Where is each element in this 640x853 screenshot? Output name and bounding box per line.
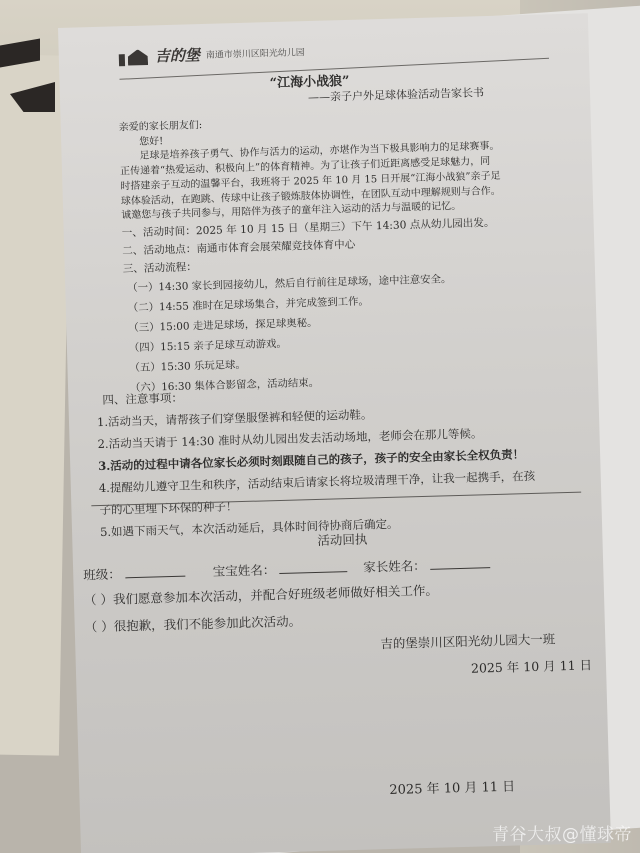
letter-body: 亲爱的家长朋友们: 您好! 足球是培养孩子勇气、协作与活力的运动，亦堪作为当下极… bbox=[119, 109, 577, 398]
notice-letter: 吉的堡 南通市崇川区阳光幼儿园 “江海小战狼” ——亲子户外足球体验活动告家长书… bbox=[58, 13, 611, 853]
parent-name-label: 家长姓名： bbox=[363, 558, 426, 575]
notes-section: 四、注意事项： 1.活动当天，请帮孩子们穿堡服堡裤和轻便的运动鞋。 2.活动当天… bbox=[96, 376, 580, 543]
brand-logo: 吉的堡 bbox=[155, 44, 201, 66]
parent-name-field[interactable]: 家长姓名： bbox=[363, 554, 490, 576]
letterhead: 吉的堡 南通市崇川区阳光幼儿园 bbox=[119, 41, 306, 67]
parent-name-blank[interactable] bbox=[430, 567, 490, 570]
option-attend[interactable]: （ ）我们愿意参加本次活动，并配合好班级老师做好相关工作。 bbox=[84, 581, 438, 609]
signature: 吉的堡崇川区阳光幼儿园大一班 bbox=[380, 629, 555, 652]
receipt-title: 活动回执 bbox=[317, 530, 367, 549]
baby-name-field[interactable]: 宝宝姓名： bbox=[212, 558, 347, 580]
watermark: 青谷大叔@懂球帝 bbox=[492, 820, 632, 845]
class-label: 班级： bbox=[83, 566, 121, 582]
house-logo-icon bbox=[119, 47, 149, 66]
baby-name-label: 宝宝姓名： bbox=[213, 562, 276, 579]
receipt-date: 2025 年 10 月 11 日 bbox=[471, 655, 592, 676]
baby-name-blank[interactable] bbox=[279, 571, 347, 574]
school-name: 南通市崇川区阳光幼儿园 bbox=[206, 45, 305, 61]
option-decline[interactable]: （ ）很抱歉，我们不能参加此次活动。 bbox=[84, 611, 301, 635]
underlying-paper bbox=[0, 54, 71, 755]
bottom-date: 2025 年 10 月 11 日 bbox=[389, 776, 515, 799]
class-blank[interactable] bbox=[125, 576, 185, 579]
receipt-fields: 班级： 宝宝姓名： 家长姓名： bbox=[83, 554, 490, 583]
class-field[interactable]: 班级： bbox=[83, 563, 185, 584]
